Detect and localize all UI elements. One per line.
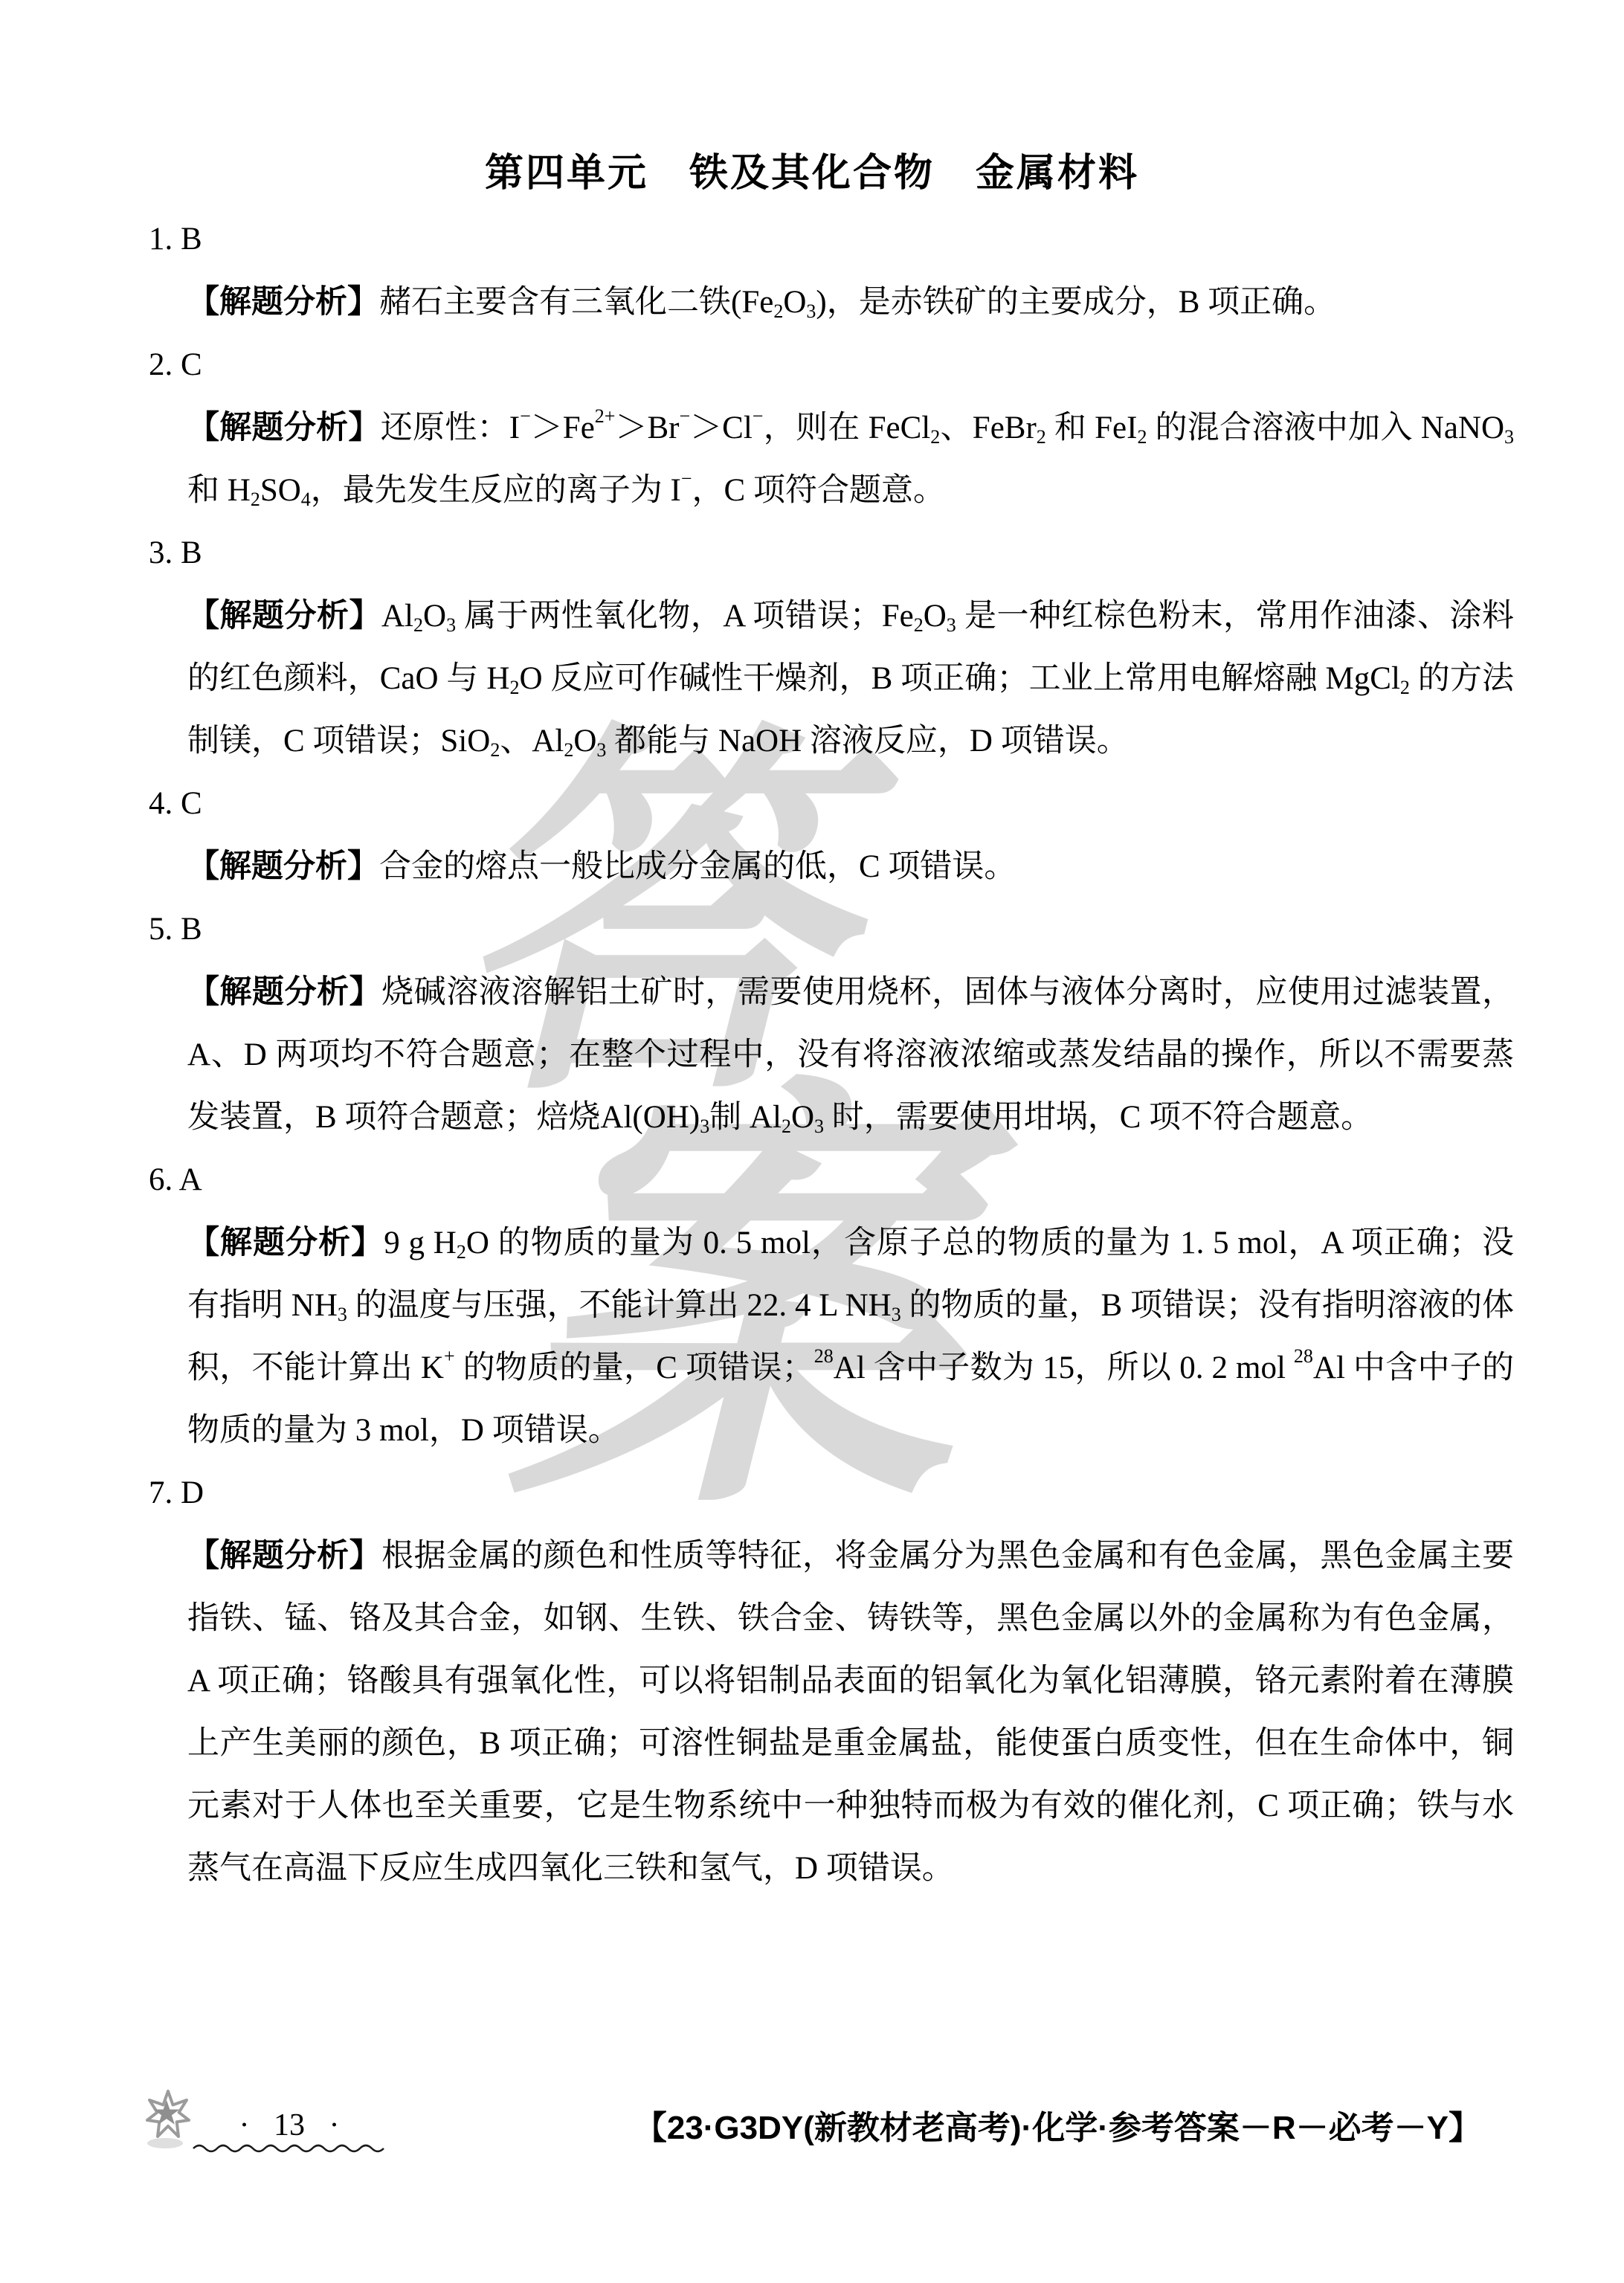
answer-item: 1. B 【解题分析】赭石主要含有三氧化二铁(Fe2O3)，是赤铁矿的主要成分，… (149, 208, 1514, 334)
analysis-paragraph: 【解题分析】还原性：I−＞Fe2+＞Br−＞Cl−，则在 FeCl2、FeBr2… (187, 396, 1514, 522)
answer-item: 4. C 【解题分析】合金的熔点一般比成分金属的低，C 项错误。 (149, 773, 1514, 898)
analysis-paragraph: 【解题分析】烧碱溶液溶解铝土矿时，需要使用烧杯，固体与液体分离时，应使用过滤装置… (187, 961, 1514, 1149)
answers-list: 1. B 【解题分析】赭石主要含有三氧化二铁(Fe2O3)，是赤铁矿的主要成分，… (149, 208, 1514, 1900)
analysis-label: 【解题分析】 (187, 974, 381, 1010)
answer-item: 6. A 【解题分析】9 g H2O 的物质的量为 0. 5 mol，含原子总的… (149, 1149, 1514, 1462)
page-number: · 13 · (189, 2103, 390, 2148)
answer-number: 7. D (149, 1462, 1514, 1524)
wavy-underline (192, 2142, 388, 2157)
answer-key-page: 答案 第四单元 铁及其化合物 金属材料 1. B 【解题分析】赭石主要含有三氧化… (0, 0, 1624, 2283)
analysis-paragraph: 【解题分析】Al2O3 属于两性氧化物，A 项错误；Fe2O3 是一种红棕色粉末… (187, 585, 1514, 773)
answer-item: 3. B 【解题分析】Al2O3 属于两性氧化物，A 项错误；Fe2O3 是一种… (149, 522, 1514, 773)
analysis-label: 【解题分析】 (187, 284, 379, 320)
analysis-paragraph: 【解题分析】赭石主要含有三氧化二铁(Fe2O3)，是赤铁矿的主要成分，B 项正确… (187, 271, 1514, 334)
star-burst-icon (146, 2090, 192, 2154)
analysis-paragraph: 【解题分析】合金的熔点一般比成分金属的低，C 项错误。 (187, 835, 1514, 898)
answer-number: 1. B (149, 208, 1514, 271)
analysis-label: 【解题分析】 (187, 849, 379, 884)
answer-number: 3. B (149, 522, 1514, 585)
answer-item: 2. C 【解题分析】还原性：I−＞Fe2+＞Br−＞Cl−，则在 FeCl2、… (149, 334, 1514, 522)
answer-item: 5. B 【解题分析】烧碱溶液溶解铝土矿时，需要使用烧杯，固体与液体分离时，应使… (149, 898, 1514, 1149)
answer-number: 4. C (149, 773, 1514, 835)
edition-imprint: 【23·G3DY(新教材老高考)·化学·参考答案－R－必考－Y】 (634, 2106, 1481, 2151)
answer-number: 2. C (149, 334, 1514, 396)
analysis-paragraph: 【解题分析】9 g H2O 的物质的量为 0. 5 mol，含原子总的物质的量为… (187, 1211, 1514, 1462)
analysis-label: 【解题分析】 (187, 1225, 384, 1260)
analysis-paragraph: 【解题分析】根据金属的颜色和性质等特征，将金属分为黑色金属和有色金属，黑色金属主… (187, 1524, 1514, 1900)
page-title: 第四单元 铁及其化合物 金属材料 (0, 141, 1624, 197)
analysis-label: 【解题分析】 (187, 598, 381, 634)
answer-number: 6. A (149, 1149, 1514, 1211)
analysis-label: 【解题分析】 (187, 1538, 381, 1574)
analysis-label: 【解题分析】 (187, 410, 381, 445)
answer-number: 5. B (149, 898, 1514, 961)
answer-item: 7. D 【解题分析】根据金属的颜色和性质等特征，将金属分为黑色金属和有色金属，… (149, 1462, 1514, 1900)
